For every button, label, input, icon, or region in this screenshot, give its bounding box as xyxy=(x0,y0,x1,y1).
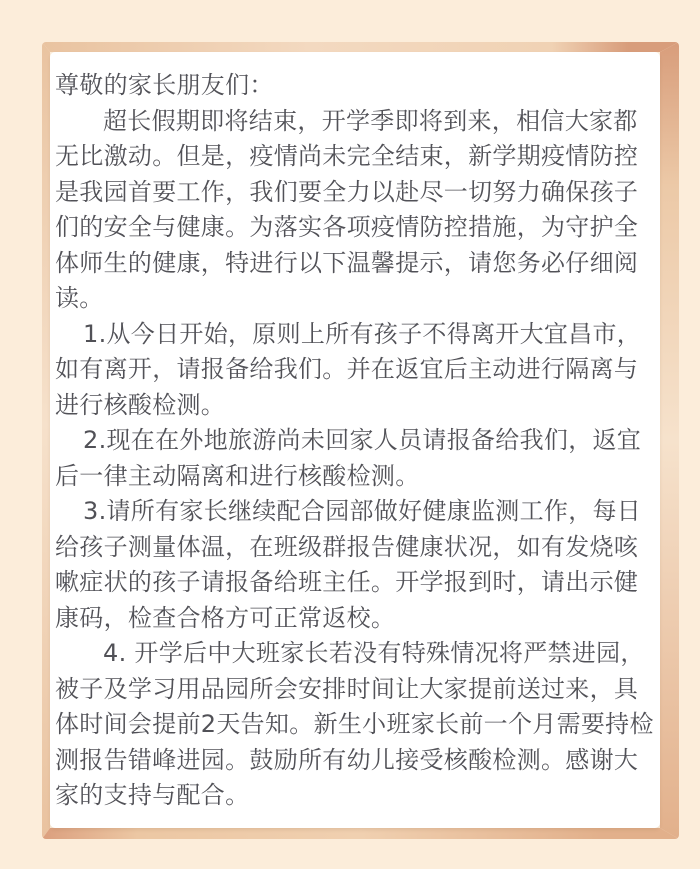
notice-text: 尊敬的家长朋友们：超长假期即将结束，开学季即将到来，相信大家都无比激动。但是，疫… xyxy=(50,52,660,814)
page: { "colors": { "bg": "#fcedda", "text": "… xyxy=(0,0,700,869)
notice-paragraph: 3.请所有家长继续配合园部做好健康监测工作，每日给孩子测量体温，在班级群报告健康… xyxy=(55,494,655,636)
notice-paragraph: 2.现在在外地旅游尚未回家人员请报备给我们，返宜后一律主动隔离和进行核酸检测。 xyxy=(55,423,655,494)
notice-card: 尊敬的家长朋友们：超长假期即将结束，开学季即将到来，相信大家都无比激动。但是，疫… xyxy=(50,52,660,828)
notice-paragraph: 1.从今日开始，原则上所有孩子不得离开大宜昌市，如有离开，请报备给我们。并在返宜… xyxy=(55,317,655,424)
notice-paragraph: 尊敬的家长朋友们： xyxy=(55,68,655,104)
notice-paragraph: 超长假期即将结束，开学季即将到来，相信大家都无比激动。但是，疫情尚未完全结束，新… xyxy=(55,104,655,317)
notice-paragraph: 4. 开学后中大班家长若没有特殊情况将严禁进园，被子及学习用品园所会安排时间让大… xyxy=(55,636,655,814)
notice-image: 尊敬的家长朋友们：超长假期即将结束，开学季即将到来，相信大家都无比激动。但是，疫… xyxy=(0,0,700,869)
